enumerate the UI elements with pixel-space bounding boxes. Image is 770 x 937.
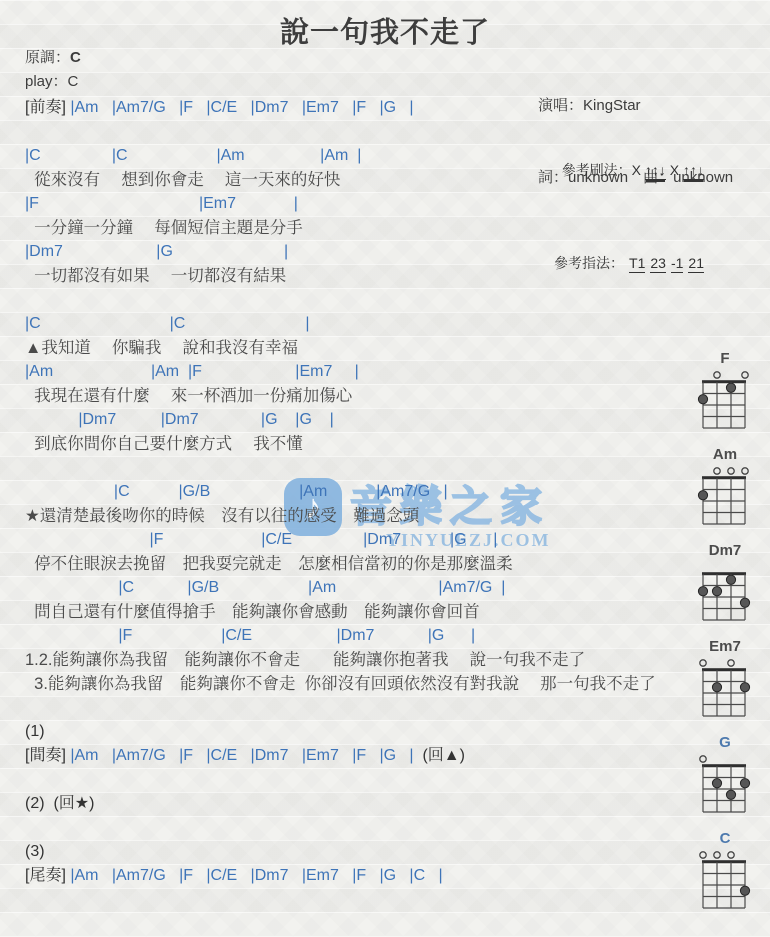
fretboard-grid bbox=[693, 368, 757, 430]
open-string-marker bbox=[714, 468, 720, 474]
key-info: 原調：C play：C bbox=[25, 46, 81, 94]
label-segment: (回▲) bbox=[414, 747, 465, 764]
lyric-line: 3.能夠讓你為我留 能夠讓你不會走 你卻沒有回頭依然沒有對我說 那一句我不走了 bbox=[25, 672, 685, 696]
finger-dot bbox=[698, 587, 707, 596]
chord-diagram-dm7: Dm7 bbox=[684, 542, 766, 627]
chord-diagram-label: Am bbox=[684, 446, 766, 464]
open-string-marker bbox=[728, 468, 734, 474]
chord-line: |F |C/E |Dm7 |G | bbox=[25, 528, 685, 552]
chord-segment: |F |Em7 | bbox=[25, 195, 298, 212]
chord-segment: |Am |Am7/G |F |C/E |Dm7 |Em7 |F |G | bbox=[70, 747, 413, 764]
original-key-label: 原調： bbox=[25, 49, 70, 66]
lyric-segment: 停不住眼淚去挽留 把我耍完就走 怎麼相信當初的你是那麼溫柔 bbox=[25, 555, 513, 573]
lyric-line: 1.2.能夠讓你為我留 能夠讓你不會走 能夠讓你抱著我 說一句我不走了 bbox=[25, 648, 685, 672]
lyric-segment: ▲我知道 你騙我 說和我沒有幸福 bbox=[25, 339, 298, 357]
song-sheet: [前奏] |Am |Am7/G |F |C/E |Dm7 |Em7 |F |G … bbox=[25, 96, 685, 888]
chord-diagram-column: FAmDm7Em7GC bbox=[684, 350, 766, 926]
section-label: (1) bbox=[25, 720, 685, 744]
interlude-line: [間奏] |Am |Am7/G |F |C/E |Dm7 |Em7 |F |G … bbox=[25, 744, 685, 768]
gap bbox=[25, 288, 685, 312]
play-key-label: play： bbox=[25, 73, 68, 90]
chord-diagram-c: C bbox=[684, 830, 766, 915]
label-segment: [間奏] bbox=[25, 747, 70, 764]
play-key-line: play：C bbox=[25, 70, 81, 94]
chord-line: |C |C |Am |Am | bbox=[25, 144, 685, 168]
lyric-segment: 到底你問你自己要什麼方式 我不懂 bbox=[25, 435, 303, 453]
chord-segment: |C |G/B |Am |Am7/G | bbox=[25, 483, 448, 500]
chord-sheet-page: 說一句我不走了 原調：C play：C 演唱：KingStar 詞：unknow… bbox=[0, 0, 770, 937]
chord-segment: |F |C/E |Dm7 |G | bbox=[25, 531, 497, 548]
lyric-segment: 我現在還有什麼 來一杯酒加一份痛加傷心 bbox=[25, 387, 352, 405]
open-string-marker bbox=[742, 468, 748, 474]
finger-group: 21 bbox=[688, 255, 704, 273]
lyric-line: 一切都沒有如果 一切都沒有結果 bbox=[25, 264, 685, 288]
finger-dot bbox=[740, 683, 749, 692]
finger-dot bbox=[712, 587, 721, 596]
open-string-marker bbox=[714, 852, 720, 858]
gap bbox=[25, 768, 685, 792]
fretboard-grid bbox=[693, 752, 757, 814]
outro-line: [尾奏] |Am |Am7/G |F |C/E |Dm7 |Em7 |F |G … bbox=[25, 864, 685, 888]
chord-diagram-label: Em7 bbox=[684, 638, 766, 656]
chord-diagram-label: F bbox=[684, 350, 766, 368]
chord-diagram-f: F bbox=[684, 350, 766, 435]
gap bbox=[25, 120, 685, 144]
open-string-marker bbox=[700, 756, 706, 762]
lyric-line: 到底你問你自己要什麼方式 我不懂 bbox=[25, 432, 685, 456]
finger-dot bbox=[740, 598, 749, 607]
chord-line: |C |G/B |Am |Am7/G | bbox=[25, 480, 685, 504]
open-string-marker bbox=[728, 660, 734, 666]
open-string-marker bbox=[714, 372, 720, 378]
open-string-marker bbox=[700, 852, 706, 858]
lyric-line: 從來沒有 想到你會走 這一天來的好快 bbox=[25, 168, 685, 192]
fretboard-grid bbox=[693, 848, 757, 910]
fretboard-grid bbox=[693, 656, 757, 718]
chord-segment: |Am |Am |F |Em7 | bbox=[25, 363, 359, 380]
section-label: (2) (回★) bbox=[25, 792, 685, 816]
section-label: (3) bbox=[25, 840, 685, 864]
gap bbox=[25, 456, 685, 480]
lyric-segment: 一切都沒有如果 一切都沒有結果 bbox=[25, 267, 286, 285]
lyric-line: 一分鐘一分鐘 每個短信主題是分手 bbox=[25, 216, 685, 240]
gap bbox=[25, 696, 685, 720]
finger-dot bbox=[740, 886, 749, 895]
open-string-marker bbox=[700, 660, 706, 666]
chord-segment: |F |C/E |Dm7 |G | bbox=[25, 627, 475, 644]
strum-arrows-group: ↑↑↓ bbox=[683, 162, 704, 180]
chord-line: |C |G/B |Am |Am7/G | bbox=[25, 576, 685, 600]
label-segment: (1) bbox=[25, 723, 45, 740]
lyric-segment: 問自己還有什麼值得搶手 能夠讓你會感動 能夠讓你會回首 bbox=[25, 603, 480, 621]
label-segment: [前奏] bbox=[25, 99, 70, 116]
original-key-value: C bbox=[70, 49, 81, 66]
finger-dot bbox=[726, 383, 735, 392]
lyric-segment: 一分鐘一分鐘 每個短信主題是分手 bbox=[25, 219, 303, 237]
label-segment: [尾奏] bbox=[25, 867, 70, 884]
chord-line: |Dm7 |Dm7 |G |G | bbox=[25, 408, 685, 432]
finger-dot bbox=[726, 575, 735, 584]
chord-segment: |C |C | bbox=[25, 315, 310, 332]
chord-segment: |C |G/B |Am |Am7/G | bbox=[25, 579, 505, 596]
chord-segment: |C |C |Am |Am | bbox=[25, 147, 361, 164]
chord-diagram-label: G bbox=[684, 734, 766, 752]
play-key-value: C bbox=[68, 73, 79, 90]
lyric-line: 停不住眼淚去挽留 把我耍完就走 怎麼相信當初的你是那麼溫柔 bbox=[25, 552, 685, 576]
chord-line: |Dm7 |G | bbox=[25, 240, 685, 264]
fretboard-grid bbox=[693, 560, 757, 622]
lyric-line: ▲我知道 你騙我 說和我沒有幸福 bbox=[25, 336, 685, 360]
open-string-marker bbox=[742, 372, 748, 378]
fretboard-grid bbox=[693, 464, 757, 526]
song-title: 說一句我不走了 bbox=[0, 10, 770, 51]
chord-diagram-em7: Em7 bbox=[684, 638, 766, 723]
finger-dot bbox=[698, 395, 707, 404]
chord-line: |C |C | bbox=[25, 312, 685, 336]
lyric-line: 我現在還有什麼 來一杯酒加一份痛加傷心 bbox=[25, 384, 685, 408]
open-string-marker bbox=[728, 852, 734, 858]
label-segment: (2) (回★) bbox=[25, 795, 94, 812]
lyric-line: ★還清楚最後吻你的時候 沒有以往的感受 難過念頭 bbox=[25, 504, 685, 528]
chord-segment: |Dm7 |Dm7 |G |G | bbox=[25, 411, 334, 428]
chord-diagram-label: C bbox=[684, 830, 766, 848]
label-segment: (3) bbox=[25, 843, 45, 860]
chord-diagram-g: G bbox=[684, 734, 766, 819]
chord-line: |Am |Am |F |Em7 | bbox=[25, 360, 685, 384]
chord-line: |F |C/E |Dm7 |G | bbox=[25, 624, 685, 648]
original-key-line: 原調：C bbox=[25, 46, 81, 70]
lyric-segment: 從來沒有 想到你會走 這一天來的好快 bbox=[25, 171, 340, 189]
chord-line: |F |Em7 | bbox=[25, 192, 685, 216]
finger-dot bbox=[712, 683, 721, 692]
lyric-segment: ★還清楚最後吻你的時候 沒有以往的感受 難過念頭 bbox=[25, 507, 419, 525]
chord-segment: |Am |Am7/G |F |C/E |Dm7 |Em7 |F |G |C | bbox=[70, 867, 442, 884]
chord-diagram-am: Am bbox=[684, 446, 766, 531]
finger-dot bbox=[712, 779, 721, 788]
lyric-line: 問自己還有什麼值得搶手 能夠讓你會感動 能夠讓你會回首 bbox=[25, 600, 685, 624]
chord-segment: |Am |Am7/G |F |C/E |Dm7 |Em7 |F |G | bbox=[70, 99, 413, 116]
chord-segment: |Dm7 |G | bbox=[25, 243, 288, 260]
finger-dot bbox=[726, 790, 735, 799]
gap bbox=[25, 816, 685, 840]
lyric-segment: 3.能夠讓你為我留 能夠讓你不會走 你卻沒有回頭依然沒有對我說 那一句我不走了 bbox=[25, 675, 656, 693]
finger-dot bbox=[740, 779, 749, 788]
intro-line: [前奏] |Am |Am7/G |F |C/E |Dm7 |Em7 |F |G … bbox=[25, 96, 685, 120]
chord-diagram-label: Dm7 bbox=[684, 542, 766, 560]
finger-dot bbox=[698, 491, 707, 500]
lyric-segment: 1.2.能夠讓你為我留 能夠讓你不會走 能夠讓你抱著我 說一句我不走了 bbox=[25, 651, 585, 669]
